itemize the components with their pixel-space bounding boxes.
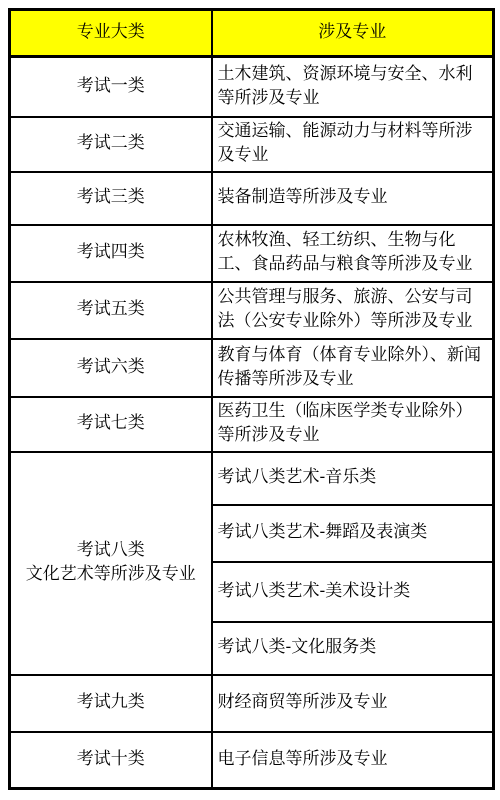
majors-cell: 公共管理与服务、旅游、公安与司法（公安专业除外）等所涉及专业	[212, 282, 494, 339]
document-page: 专业大类 涉及专业 考试一类 土木建筑、资源环境与安全、水利等所涉及专业 考试二…	[0, 0, 500, 800]
majors-cell: 农林牧渔、轻工纺织、生物与化工、食品药品与粮食等所涉及专业	[212, 225, 494, 282]
header-cell-majors: 涉及专业	[212, 10, 494, 57]
majors-cell: 电子信息等所涉及专业	[212, 732, 494, 789]
majors-cell: 医药卫生（临床医学类专业除外）等所涉及专业	[212, 397, 494, 452]
table-row: 考试二类 交通运输、能源动力与材料等所涉及专业	[10, 117, 494, 172]
category-cell: 考试三类	[10, 172, 212, 225]
category-cell: 考试十类	[10, 732, 212, 789]
category-cell: 考试五类	[10, 282, 212, 339]
majors-cell: 考试八类-文化服务类	[212, 622, 494, 675]
group-category-line1: 考试八类	[11, 539, 211, 563]
category-cell: 考试九类	[10, 675, 212, 732]
table-row: 考试六类 教育与体育（体育专业除外）、新闻传播等所涉及专业	[10, 339, 494, 397]
majors-cell: 土木建筑、资源环境与安全、水利等所涉及专业	[212, 57, 494, 117]
group-category-line2: 文化艺术等所涉及专业	[11, 563, 211, 587]
category-cell: 考试二类	[10, 117, 212, 172]
category-cell: 考试六类	[10, 339, 212, 397]
majors-cell: 考试八类艺术-舞蹈及表演类	[212, 505, 494, 562]
table-row: 考试一类 土木建筑、资源环境与安全、水利等所涉及专业	[10, 57, 494, 117]
table-row: 考试八类 文化艺术等所涉及专业 考试八类艺术-音乐类	[10, 452, 494, 505]
majors-cell: 考试八类艺术-音乐类	[212, 452, 494, 505]
majors-cell: 交通运输、能源动力与材料等所涉及专业	[212, 117, 494, 172]
table-row: 考试四类 农林牧渔、轻工纺织、生物与化工、食品药品与粮食等所涉及专业	[10, 225, 494, 282]
majors-cell: 考试八类艺术-美术设计类	[212, 562, 494, 622]
category-cell: 考试七类	[10, 397, 212, 452]
majors-cell: 装备制造等所涉及专业	[212, 172, 494, 225]
majors-cell: 教育与体育（体育专业除外）、新闻传播等所涉及专业	[212, 339, 494, 397]
header-cell-category: 专业大类	[10, 10, 212, 57]
table-row: 考试七类 医药卫生（临床医学类专业除外）等所涉及专业	[10, 397, 494, 452]
majors-table: 专业大类 涉及专业 考试一类 土木建筑、资源环境与安全、水利等所涉及专业 考试二…	[8, 8, 495, 790]
category-cell: 考试一类	[10, 57, 212, 117]
table-row: 考试九类 财经商贸等所涉及专业	[10, 675, 494, 732]
table-row: 考试十类 电子信息等所涉及专业	[10, 732, 494, 789]
table-row: 考试三类 装备制造等所涉及专业	[10, 172, 494, 225]
table-row: 考试五类 公共管理与服务、旅游、公安与司法（公安专业除外）等所涉及专业	[10, 282, 494, 339]
table-header-row: 专业大类 涉及专业	[10, 10, 494, 57]
majors-cell: 财经商贸等所涉及专业	[212, 675, 494, 732]
group-category-cell: 考试八类 文化艺术等所涉及专业	[10, 452, 212, 675]
category-cell: 考试四类	[10, 225, 212, 282]
